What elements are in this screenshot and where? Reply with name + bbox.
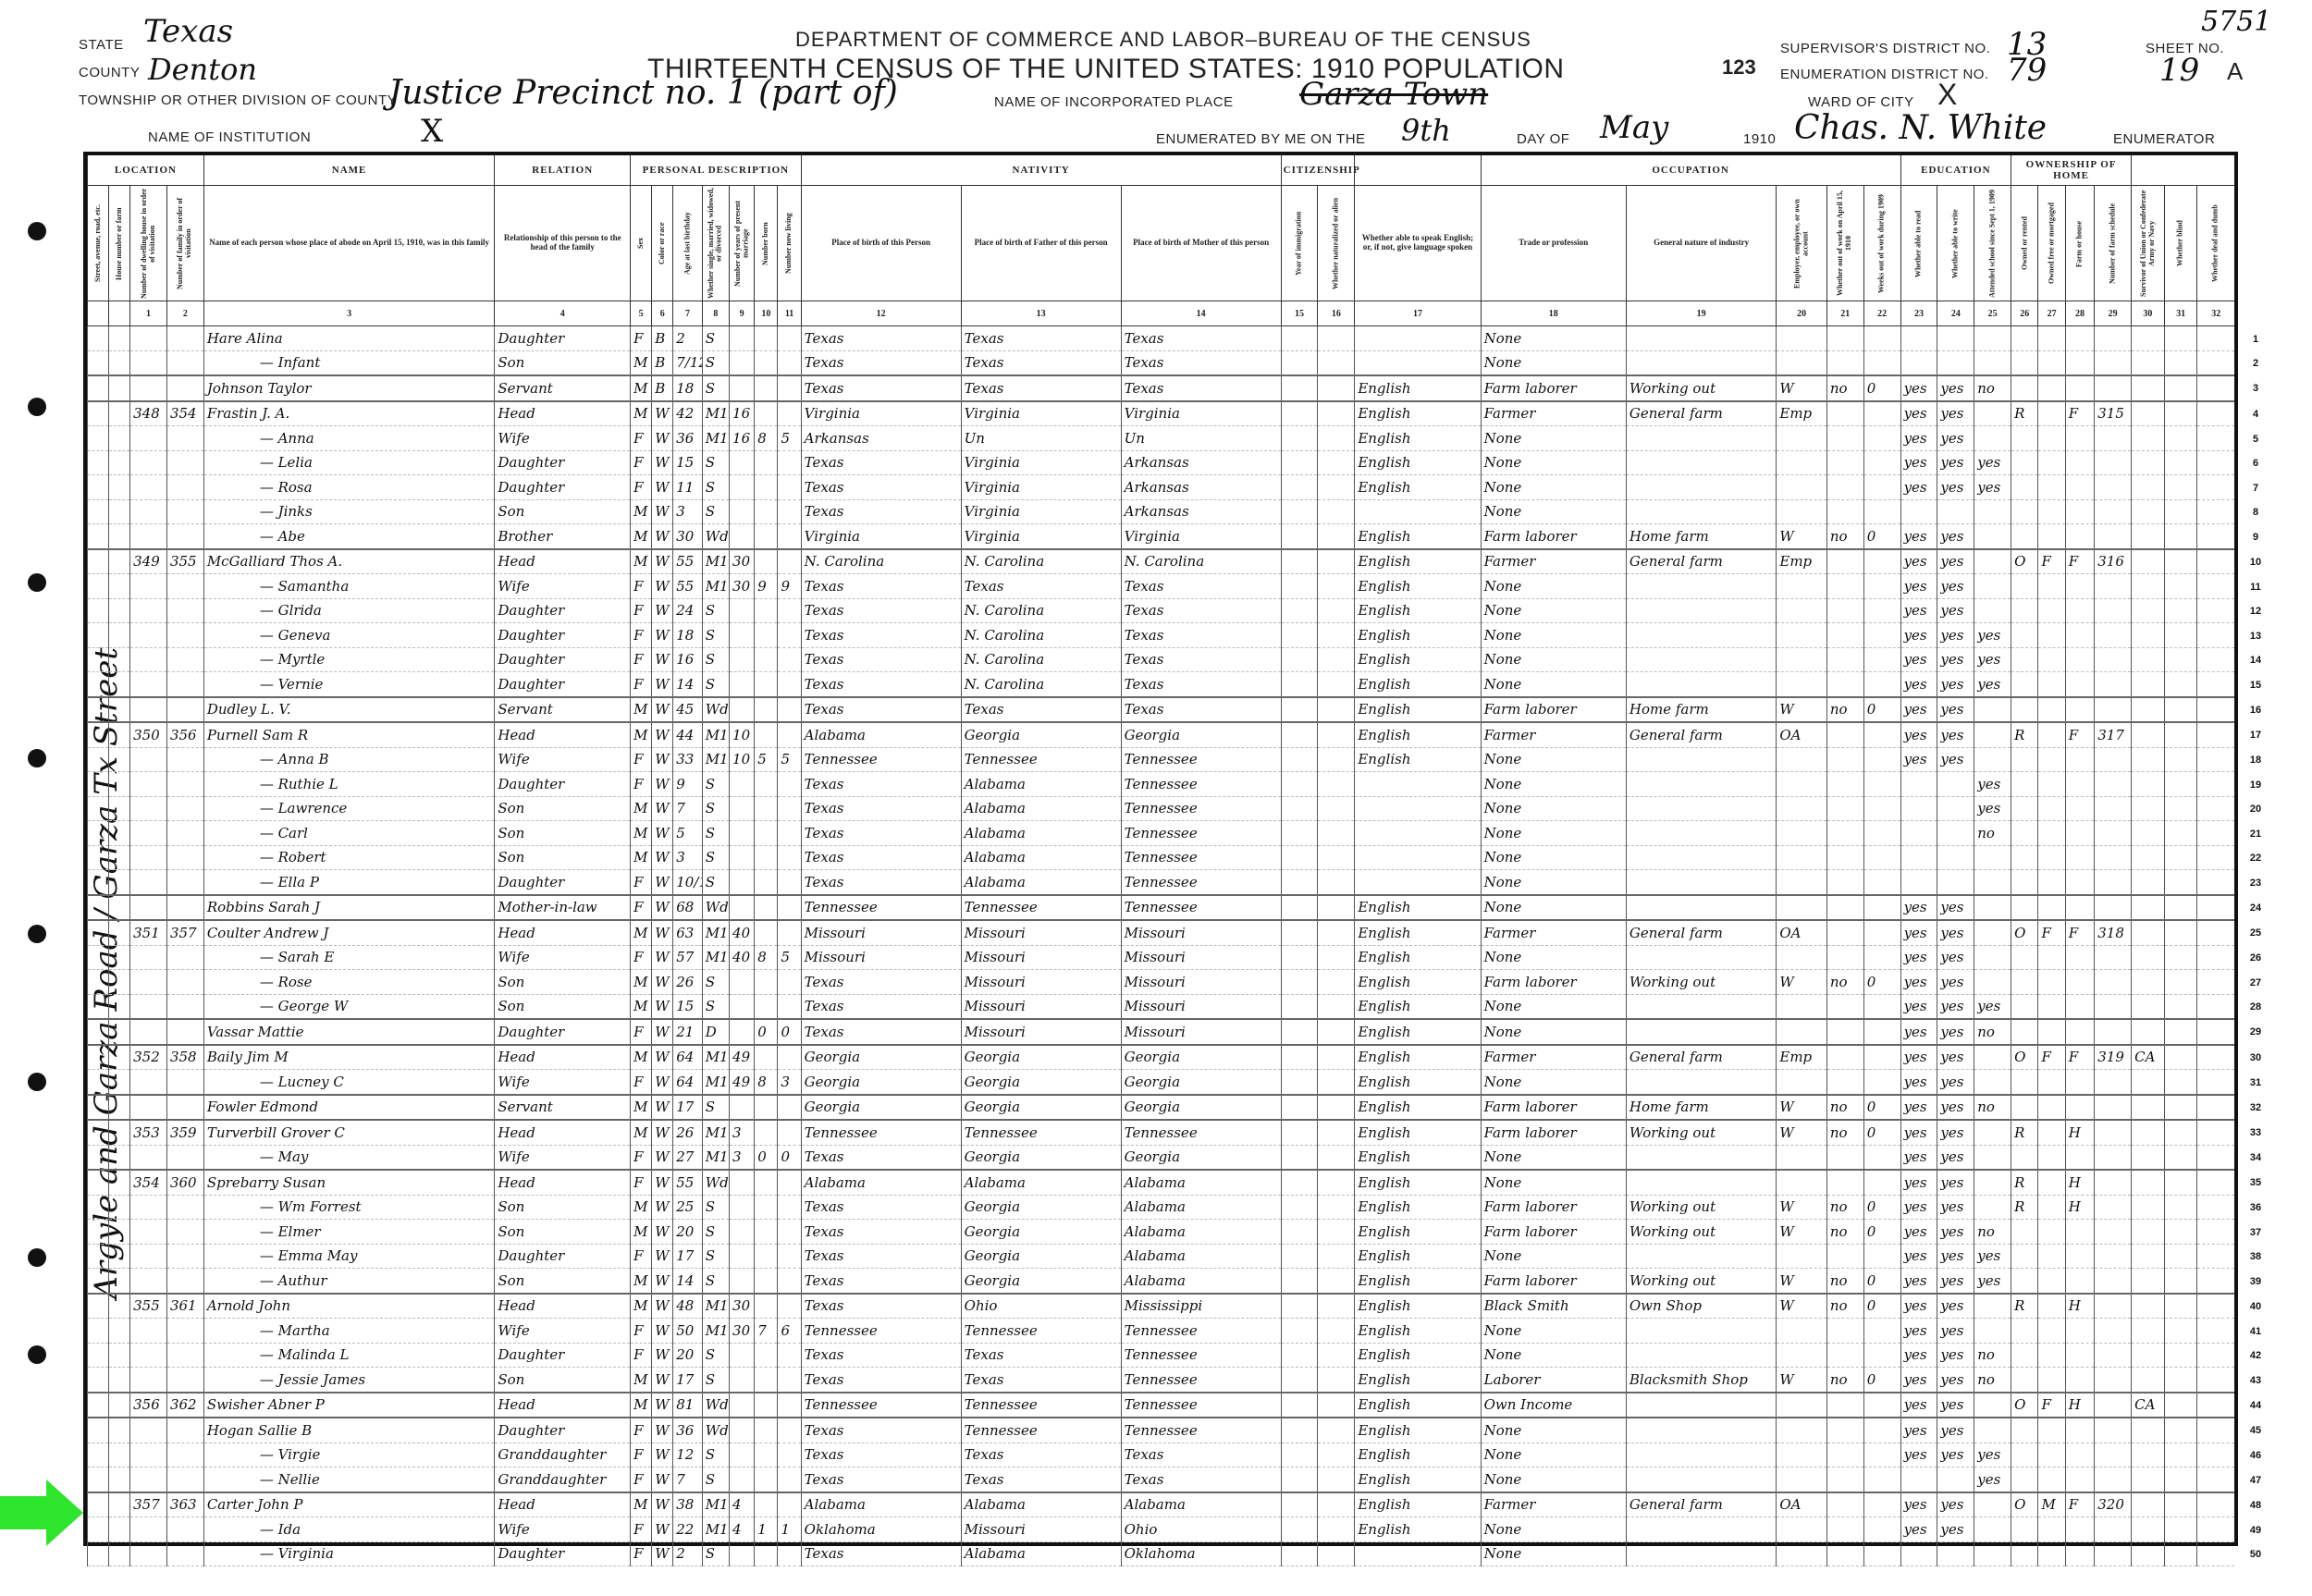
cell-family — [166, 524, 203, 549]
cell-relation: Servant — [495, 375, 631, 401]
cell-read: yes — [1900, 1517, 1937, 1542]
cell-empty — [1281, 1195, 1318, 1220]
census-row: — Jessie JamesSonMW17STexasTexasTennesse… — [88, 1368, 2235, 1393]
cell-empty — [2164, 350, 2197, 375]
cell-farm — [2065, 1418, 2094, 1443]
cell-school — [1974, 524, 2011, 549]
cell-mother-birth: Texas — [1121, 1443, 1281, 1467]
cell-age: 9 — [673, 772, 702, 797]
column-number: 15 — [1281, 301, 1318, 326]
cell-veteran — [2132, 895, 2165, 921]
cell-trade: None — [1481, 350, 1626, 375]
cell-name: — Virgie — [203, 1443, 495, 1467]
cell-empty — [109, 1019, 130, 1045]
cell-empty — [1281, 821, 1318, 846]
cell-empty — [109, 1368, 130, 1393]
cell-sched — [2095, 870, 2132, 895]
cell-read: yes — [1900, 1443, 1937, 1467]
cell-relation: Wife — [495, 1145, 631, 1170]
cell-weeks-out: 0 — [1863, 1269, 1900, 1294]
cell-read: yes — [1900, 1393, 1937, 1418]
cell-out-work — [1826, 350, 1863, 375]
cell-birth: Texas — [801, 326, 961, 351]
cell-empty — [2164, 970, 2197, 995]
cell-empty — [109, 1541, 130, 1566]
cell-veteran — [2132, 499, 2165, 524]
line-number: 39 — [2242, 1276, 2269, 1287]
cell-age: 57 — [673, 945, 702, 970]
cell-yrs-married: 10 — [730, 747, 755, 772]
column-number: 10 — [755, 301, 778, 326]
cell-veteran — [2132, 375, 2165, 401]
cell-school: yes — [1974, 647, 2011, 672]
cell-name: — Ruthie L — [203, 772, 495, 797]
cell-industry — [1626, 870, 1777, 895]
cell-mother-birth: Tennessee — [1121, 1120, 1281, 1145]
cell-dwelling — [130, 672, 167, 697]
cell-empty — [2197, 450, 2234, 475]
line-number: 32 — [2242, 1102, 2269, 1113]
cell-empty — [2197, 375, 2234, 401]
cell-empty — [2164, 426, 2197, 451]
cell-race: W — [652, 796, 673, 821]
cell-family: 362 — [166, 1393, 203, 1418]
cell-weeks-out — [1863, 426, 1900, 451]
cell-empty — [2164, 326, 2197, 351]
cell-empty — [1318, 574, 1355, 599]
cell-read: yes — [1900, 1418, 1937, 1443]
census-row: Hare AlinaDaughterFB2STexasTexasTexasNon… — [88, 326, 2235, 351]
cell-write: yes — [1937, 722, 1974, 747]
cell-living — [778, 772, 801, 797]
cell-out-work — [1826, 647, 1863, 672]
cell-mother-birth: Missouri — [1121, 994, 1281, 1019]
column-header: Color or race — [652, 186, 673, 301]
line-number: 45 — [2242, 1425, 2269, 1436]
cell-birth: Alabama — [801, 722, 961, 747]
cell-age: 11 — [673, 475, 702, 500]
cell-empty — [2164, 1070, 2197, 1095]
cell-weeks-out — [1863, 845, 1900, 870]
cell-farm: F — [2065, 1492, 2094, 1517]
line-number: 48 — [2242, 1500, 2269, 1511]
cell-mother-birth: Mississippi — [1121, 1294, 1281, 1319]
cell-empty — [88, 598, 109, 623]
cell-marital: S — [702, 1541, 729, 1566]
census-row: 356362Swisher Abner PHeadMW81WdTennessee… — [88, 1393, 2235, 1418]
cell-free — [2038, 524, 2065, 549]
group-location: Location — [88, 155, 204, 186]
cell-marital: S — [702, 772, 729, 797]
cell-empty — [1318, 1019, 1355, 1045]
cell-living: 9 — [778, 574, 801, 599]
cell-marital: S — [702, 475, 729, 500]
cell-school: yes — [1974, 672, 2011, 697]
column-header: Whether out of work on April 15, 1910 — [1826, 186, 1863, 301]
cell-sex: M — [631, 1045, 652, 1070]
cell-dwelling — [130, 524, 167, 549]
cell-free — [2038, 1095, 2065, 1121]
cell-mother-birth: Alabama — [1121, 1269, 1281, 1294]
cell-school: yes — [1974, 772, 2011, 797]
census-row: 351357Coulter Andrew JHeadMW63M140Missou… — [88, 920, 2235, 945]
cell-father-birth: Alabama — [961, 821, 1121, 846]
cell-empty — [1318, 1195, 1355, 1220]
cell-veteran — [2132, 475, 2165, 500]
cell-empty — [1281, 747, 1318, 772]
group-education: Education — [1900, 155, 2011, 186]
cell-own — [2011, 1244, 2038, 1269]
cell-industry: Home farm — [1626, 524, 1777, 549]
cell-own — [2011, 772, 2038, 797]
cell-empty — [109, 895, 130, 921]
cell-emp — [1777, 1467, 1827, 1492]
cell-empty — [109, 697, 130, 723]
cell-farm — [2065, 574, 2094, 599]
cell-read — [1900, 845, 1937, 870]
cell-trade: Farm laborer — [1481, 1195, 1626, 1220]
cell-sched — [2095, 598, 2132, 623]
cell-relation: Son — [495, 499, 631, 524]
cell-name: Turverbill Grover C — [203, 1120, 495, 1145]
cell-veteran — [2132, 549, 2165, 574]
cell-own — [2011, 1467, 2038, 1492]
cell-born — [755, 1443, 778, 1467]
cell-emp: W — [1777, 1368, 1827, 1393]
line-number: 42 — [2242, 1350, 2269, 1361]
cell-father-birth: Tennessee — [961, 747, 1121, 772]
cell-empty — [109, 796, 130, 821]
cell-yrs-married — [730, 1019, 755, 1045]
cell-weeks-out: 0 — [1863, 970, 1900, 995]
cell-empty — [1318, 524, 1355, 549]
cell-race: W — [652, 970, 673, 995]
cell-relation: Brother — [495, 524, 631, 549]
cell-sched — [2095, 697, 2132, 723]
cell-industry — [1626, 845, 1777, 870]
cell-free — [2038, 623, 2065, 648]
cell-own — [2011, 1220, 2038, 1245]
cell-sched — [2095, 375, 2132, 401]
cell-out-work — [1826, 672, 1863, 697]
cell-born: 0 — [755, 1145, 778, 1170]
census-row: — Emma MayDaughterFW17STexasGeorgiaAlaba… — [88, 1244, 2235, 1269]
cell-out-work — [1826, 895, 1863, 921]
cell-out-work — [1826, 1145, 1863, 1170]
line-number: 40 — [2242, 1301, 2269, 1312]
cell-read: yes — [1900, 375, 1937, 401]
cell-born — [755, 845, 778, 870]
cell-mother-birth: Tennessee — [1121, 1393, 1281, 1418]
cell-empty — [1281, 994, 1318, 1019]
cell-empty — [2197, 672, 2234, 697]
cell-born — [755, 1269, 778, 1294]
cell-veteran — [2132, 772, 2165, 797]
cell-race: W — [652, 1492, 673, 1517]
cell-marital: M1 — [702, 1492, 729, 1517]
column-number: 7 — [673, 301, 702, 326]
state-value: Texas — [143, 13, 233, 50]
cell-empty — [88, 549, 109, 574]
cell-relation: Head — [495, 920, 631, 945]
census-row: — CarlSonMW5STexasAlabamaTennesseeNoneno — [88, 821, 2235, 846]
cell-farm — [2065, 1343, 2094, 1368]
cell-father-birth: Georgia — [961, 1195, 1121, 1220]
cell-own: O — [2011, 549, 2038, 574]
cell-industry — [1626, 350, 1777, 375]
cell-industry: General farm — [1626, 920, 1777, 945]
cell-mother-birth: Missouri — [1121, 970, 1281, 995]
cell-industry — [1626, 796, 1777, 821]
line-number: 5 — [2242, 434, 2269, 445]
cell-mother-birth: Texas — [1121, 350, 1281, 375]
cell-english: English — [1355, 1343, 1481, 1368]
cell-sched — [2095, 326, 2132, 351]
binder-hole — [28, 1345, 46, 1364]
cell-marital: M1 — [702, 574, 729, 599]
cell-marital: M1 — [702, 1294, 729, 1319]
cell-name: — Ella P — [203, 870, 495, 895]
cell-empty — [2197, 623, 2234, 648]
cell-marital: M1 — [702, 722, 729, 747]
cell-marital: S — [702, 1467, 729, 1492]
cell-dwelling — [130, 1343, 167, 1368]
cell-living — [778, 350, 801, 375]
cell-english — [1355, 350, 1481, 375]
cell-birth: Texas — [801, 821, 961, 846]
cell-write: yes — [1937, 1393, 1974, 1418]
cell-weeks-out — [1863, 672, 1900, 697]
cell-race: W — [652, 1195, 673, 1220]
cell-industry — [1626, 647, 1777, 672]
cell-own — [2011, 845, 2038, 870]
cell-family — [166, 1269, 203, 1294]
cell-sex: M — [631, 401, 652, 426]
cell-yrs-married — [730, 1443, 755, 1467]
cell-family — [166, 647, 203, 672]
cell-trade: Farm laborer — [1481, 375, 1626, 401]
cell-dwelling — [130, 1467, 167, 1492]
cell-free — [2038, 1368, 2065, 1393]
cell-marital: S — [702, 1220, 729, 1245]
cell-sex: F — [631, 574, 652, 599]
cell-veteran — [2132, 1269, 2165, 1294]
cell-dwelling — [130, 350, 167, 375]
cell-english: English — [1355, 1195, 1481, 1220]
cell-trade: None — [1481, 672, 1626, 697]
cell-weeks-out — [1863, 623, 1900, 648]
group-ownership: Ownership of Home — [2011, 155, 2132, 186]
cell-marital: S — [702, 350, 729, 375]
ward-value: X — [1937, 78, 1957, 112]
cell-own — [2011, 1343, 2038, 1368]
cell-trade: None — [1481, 598, 1626, 623]
cell-empty — [109, 747, 130, 772]
cell-sex: F — [631, 1443, 652, 1467]
cell-sex: M — [631, 1492, 652, 1517]
census-row: 355361Arnold JohnHeadMW48M130TexasOhioMi… — [88, 1294, 2235, 1319]
group-relation: Relation — [495, 155, 631, 186]
cell-name: — Carl — [203, 821, 495, 846]
cell-write: yes — [1937, 1220, 1974, 1245]
cell-family — [166, 672, 203, 697]
cell-empty — [88, 970, 109, 995]
cell-father-birth: Alabama — [961, 845, 1121, 870]
cell-race: W — [652, 1145, 673, 1170]
cell-mother-birth: Alabama — [1121, 1244, 1281, 1269]
cell-empty — [1318, 450, 1355, 475]
cell-marital: S — [702, 1443, 729, 1467]
census-row: 349355McGalliard Thos A.HeadMW55M130N. C… — [88, 549, 2235, 574]
cell-empty — [88, 499, 109, 524]
line-number: 37 — [2242, 1227, 2269, 1238]
cell-write — [1937, 350, 1974, 375]
cell-born: 8 — [755, 1070, 778, 1095]
cell-own — [2011, 375, 2038, 401]
cell-trade: None — [1481, 1418, 1626, 1443]
cell-born — [755, 475, 778, 500]
cell-father-birth: Missouri — [961, 920, 1121, 945]
cell-living — [778, 870, 801, 895]
column-number: 17 — [1355, 301, 1481, 326]
census-row: — IdaWifeFW22M1411OklahomaMissouriOhioEn… — [88, 1517, 2235, 1542]
cell-empty — [2164, 895, 2197, 921]
cell-empty — [109, 1517, 130, 1542]
cell-write: yes — [1937, 524, 1974, 549]
cell-empty — [1318, 1070, 1355, 1095]
cell-empty — [2164, 1220, 2197, 1245]
cell-own — [2011, 1418, 2038, 1443]
cell-emp: OA — [1777, 1492, 1827, 1517]
cell-emp — [1777, 1517, 1827, 1542]
cell-born — [755, 524, 778, 549]
cell-empty — [2197, 647, 2234, 672]
cell-yrs-married — [730, 350, 755, 375]
cell-industry — [1626, 895, 1777, 921]
cell-read — [1900, 772, 1937, 797]
cell-name: — Sarah E — [203, 945, 495, 970]
cell-out-work — [1826, 623, 1863, 648]
cell-empty — [1281, 895, 1318, 921]
cell-father-birth: N. Carolina — [961, 598, 1121, 623]
cell-mother-birth: N. Carolina — [1121, 549, 1281, 574]
line-number: 41 — [2242, 1326, 2269, 1337]
cell-own — [2011, 796, 2038, 821]
cell-birth: Texas — [801, 1244, 961, 1269]
cell-farm — [2065, 375, 2094, 401]
cell-empty — [1318, 1343, 1355, 1368]
cell-empty — [1281, 1294, 1318, 1319]
cell-english: English — [1355, 524, 1481, 549]
cell-read: yes — [1900, 1170, 1937, 1195]
census-row: Johnson TaylorServantMB18STexasTexasTexa… — [88, 375, 2235, 401]
cell-industry — [1626, 821, 1777, 846]
cell-school: yes — [1974, 796, 2011, 821]
cell-write: yes — [1937, 1019, 1974, 1045]
cell-empty — [1318, 1443, 1355, 1467]
cell-emp — [1777, 426, 1827, 451]
cell-family — [166, 1443, 203, 1467]
cell-empty — [2164, 1319, 2197, 1344]
cell-empty — [2197, 1170, 2234, 1195]
cell-name: — Abe — [203, 524, 495, 549]
cell-out-work — [1826, 1418, 1863, 1443]
cell-out-work — [1826, 450, 1863, 475]
cell-race: W — [652, 772, 673, 797]
cell-living — [778, 1244, 801, 1269]
cell-sex: F — [631, 1070, 652, 1095]
cell-english: English — [1355, 574, 1481, 599]
cell-school — [1974, 1045, 2011, 1070]
cell-sched: 320 — [2095, 1492, 2132, 1517]
cell-yrs-married — [730, 895, 755, 921]
cell-emp: W — [1777, 1269, 1827, 1294]
cell-industry — [1626, 1418, 1777, 1443]
column-number: 23 — [1900, 301, 1937, 326]
cell-dwelling: 352 — [130, 1045, 167, 1070]
cell-empty — [1281, 647, 1318, 672]
cell-name: — Myrtle — [203, 647, 495, 672]
cell-write: yes — [1937, 747, 1974, 772]
cell-veteran — [2132, 1070, 2165, 1095]
cell-emp — [1777, 475, 1827, 500]
cell-marital: M1 — [702, 920, 729, 945]
cell-industry — [1626, 772, 1777, 797]
cell-age: 81 — [673, 1393, 702, 1418]
cell-sex: F — [631, 1319, 652, 1344]
cell-school: yes — [1974, 450, 2011, 475]
cell-relation: Son — [495, 1195, 631, 1220]
cell-write: yes — [1937, 1244, 1974, 1269]
cell-birth: Texas — [801, 350, 961, 375]
cell-write: yes — [1937, 1095, 1974, 1121]
cell-mother-birth: Texas — [1121, 672, 1281, 697]
cell-marital: M1 — [702, 1120, 729, 1145]
cell-relation: Servant — [495, 1095, 631, 1121]
cell-farm — [2065, 426, 2094, 451]
cell-veteran — [2132, 1517, 2165, 1542]
cell-yrs-married: 10 — [730, 722, 755, 747]
cell-marital: S — [702, 796, 729, 821]
cell-farm: F — [2065, 401, 2094, 426]
cell-out-work: no — [1826, 697, 1863, 723]
cell-empty — [2164, 1492, 2197, 1517]
cell-relation: Wife — [495, 1517, 631, 1542]
cell-marital: M1 — [702, 426, 729, 451]
cell-weeks-out — [1863, 1541, 1900, 1566]
cell-father-birth: Alabama — [961, 870, 1121, 895]
cell-empty — [2197, 945, 2234, 970]
cell-name: — Martha — [203, 1319, 495, 1344]
cell-marital: S — [702, 1095, 729, 1121]
cell-write: yes — [1937, 426, 1974, 451]
cell-industry — [1626, 450, 1777, 475]
state-label: State — [79, 37, 124, 53]
cell-veteran — [2132, 326, 2165, 351]
cell-birth: Texas — [801, 647, 961, 672]
cell-english: English — [1355, 1368, 1481, 1393]
cell-race: W — [652, 920, 673, 945]
cell-industry: Home farm — [1626, 697, 1777, 723]
cell-own — [2011, 945, 2038, 970]
cell-empty — [1281, 1343, 1318, 1368]
cell-yrs-married — [730, 647, 755, 672]
cell-marital: S — [702, 1368, 729, 1393]
cell-living — [778, 697, 801, 723]
cell-english — [1355, 326, 1481, 351]
cell-birth: Alabama — [801, 1170, 961, 1195]
cell-living — [778, 1393, 801, 1418]
